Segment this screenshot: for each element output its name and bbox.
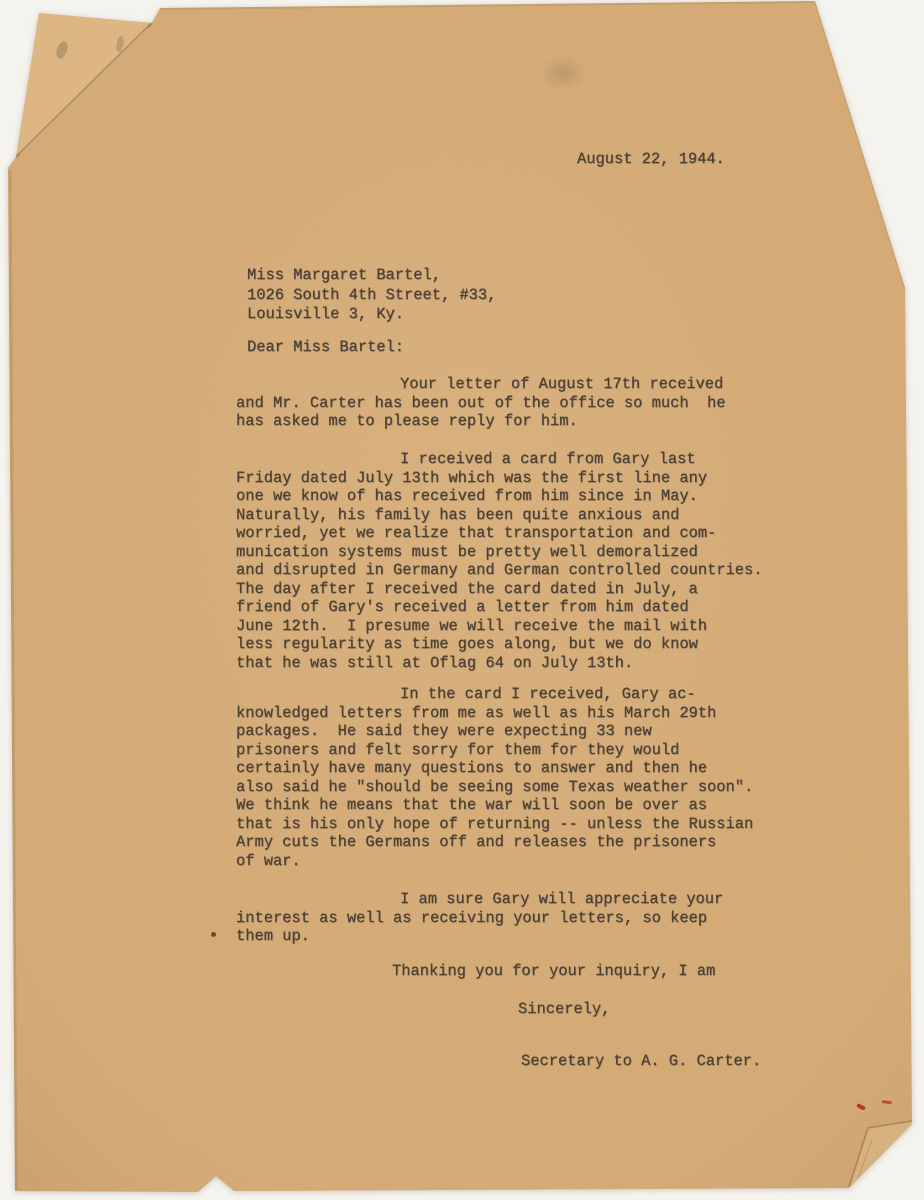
signature-line: Secretary to A. G. Carter. [521, 1052, 761, 1071]
letter-text-layer: August 22, 1944. Miss Margaret Bartel, 1… [0, 0, 924, 1200]
stray-ink-dot [211, 932, 216, 937]
paragraph-3: In the card I received, Gary ac- knowled… [236, 685, 753, 870]
valediction: Sincerely, [518, 1000, 610, 1019]
letter-date: August 22, 1944. [577, 150, 725, 169]
recipient-address: Miss Margaret Bartel, 1026 South 4th Str… [247, 266, 496, 325]
scan-background: August 22, 1944. Miss Margaret Bartel, 1… [0, 0, 924, 1200]
paragraph-2: I received a card from Gary last Friday … [236, 450, 762, 672]
salutation: Dear Miss Bartel: [247, 338, 404, 357]
closing-line: Thanking you for your inquiry, I am [392, 962, 715, 981]
paragraph-4: I am sure Gary will appreciate your inte… [236, 890, 723, 946]
paragraph-1: Your letter of August 17th received and … [236, 375, 726, 431]
